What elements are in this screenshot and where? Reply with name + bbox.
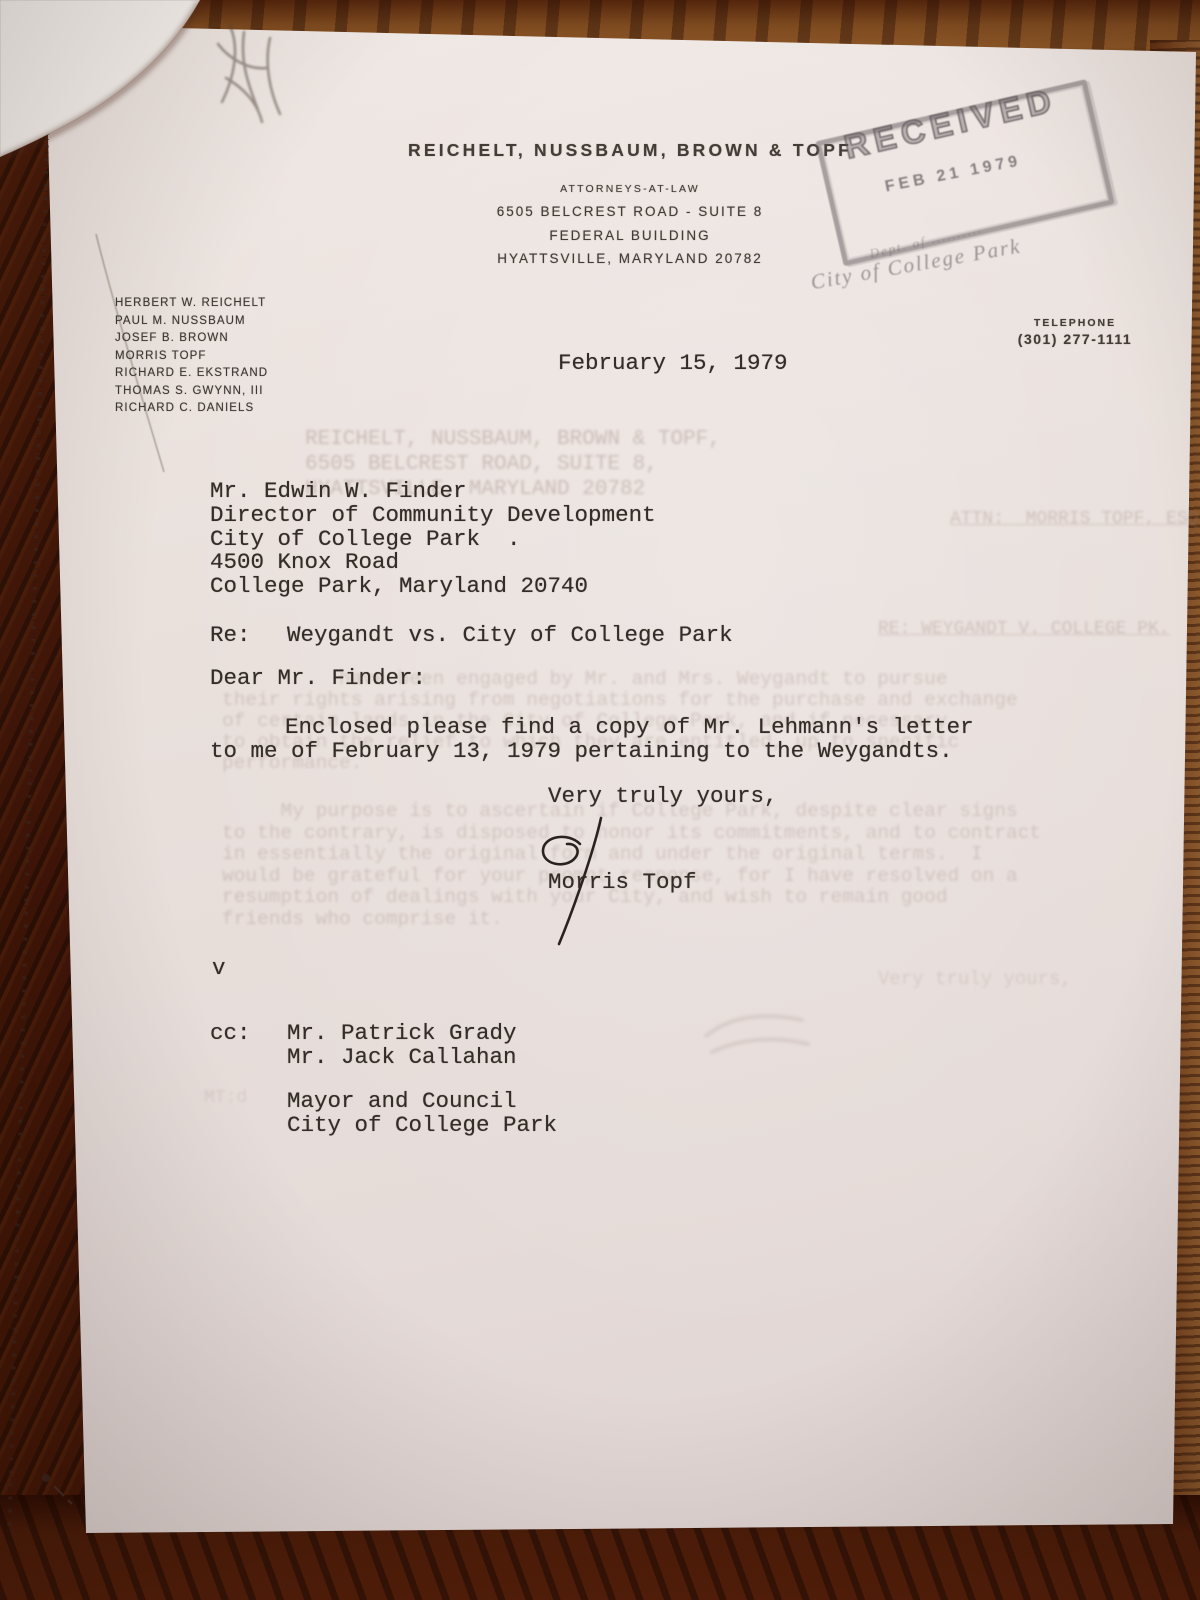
letterhead-address-line-3: HYATTSVILLE, MARYLAND 20782 xyxy=(410,251,850,266)
cc-label: cc: xyxy=(210,1022,251,1046)
recipient-line: 4500 Knox Road xyxy=(210,549,399,575)
attorney-name: HERBERT W. REICHELT xyxy=(115,295,268,313)
attorney-name: PAUL M. NUSSBAUM xyxy=(115,313,268,331)
paper-curl-corner xyxy=(0,0,270,260)
salutation: Dear Mr. Finder: xyxy=(210,667,426,691)
telephone-label: TELEPHONE xyxy=(985,317,1165,329)
cc-name: Mr. Patrick Grady xyxy=(287,1020,517,1046)
attorney-name: RICHARD E. EKSTRAND xyxy=(115,365,268,383)
cc-name: Mr. Jack Callahan xyxy=(287,1044,517,1070)
recipient-address-block: Mr. Edwin W. FinderDirector of Community… xyxy=(210,480,656,599)
recipient-line: College Park, Maryland 20740 xyxy=(210,573,588,599)
recipient-line: City of College Park . xyxy=(210,526,521,552)
letterhead-address-line-2: FEDERAL BUILDING xyxy=(430,228,830,243)
bleedthrough-signature-squiggle xyxy=(698,998,818,1068)
attorney-name: JOSEF B. BROWN xyxy=(115,330,268,348)
body-line-1: Enclosed please find a copy of Mr. Lehma… xyxy=(285,716,974,740)
attorney-name: THOMAS S. GWYNN, III xyxy=(115,383,268,401)
letterhead-address-line-1: 6505 BELCREST ROAD - SUITE 8 xyxy=(400,204,860,219)
recipient-line: Mr. Edwin W. Finder xyxy=(210,478,467,504)
signer-name: Morris Topf xyxy=(548,871,697,895)
date-line: February 15, 1979 xyxy=(558,352,788,376)
recipient-line: Director of Community Development xyxy=(210,502,656,528)
letterhead-subtitle: ATTORNEYS-AT-LAW xyxy=(430,183,830,195)
cc-organization: Mayor and CouncilCity of College Park xyxy=(287,1090,557,1138)
re-subject: Weygandt vs. City of College Park xyxy=(287,624,733,648)
cc-org-line: Mayor and Council xyxy=(287,1088,517,1114)
telephone-number: (301) 277-1111 xyxy=(985,331,1165,347)
telephone-block: TELEPHONE (301) 277-1111 xyxy=(985,317,1165,347)
attorney-name: MORRIS TOPF xyxy=(115,348,268,366)
re-label: Re: xyxy=(210,624,251,648)
attorney-list: HERBERT W. REICHELT PAUL M. NUSSBAUM JOS… xyxy=(115,295,268,418)
attorney-name: RICHARD C. DANIELS xyxy=(115,400,268,418)
cc-names: Mr. Patrick GradyMr. Jack Callahan xyxy=(287,1022,517,1070)
stray-v-mark: v xyxy=(212,957,226,981)
closing: Very truly yours, xyxy=(548,785,778,809)
cc-org-line: City of College Park xyxy=(287,1112,557,1138)
body-line-2: to me of February 13, 1979 pertaining to… xyxy=(210,740,953,764)
